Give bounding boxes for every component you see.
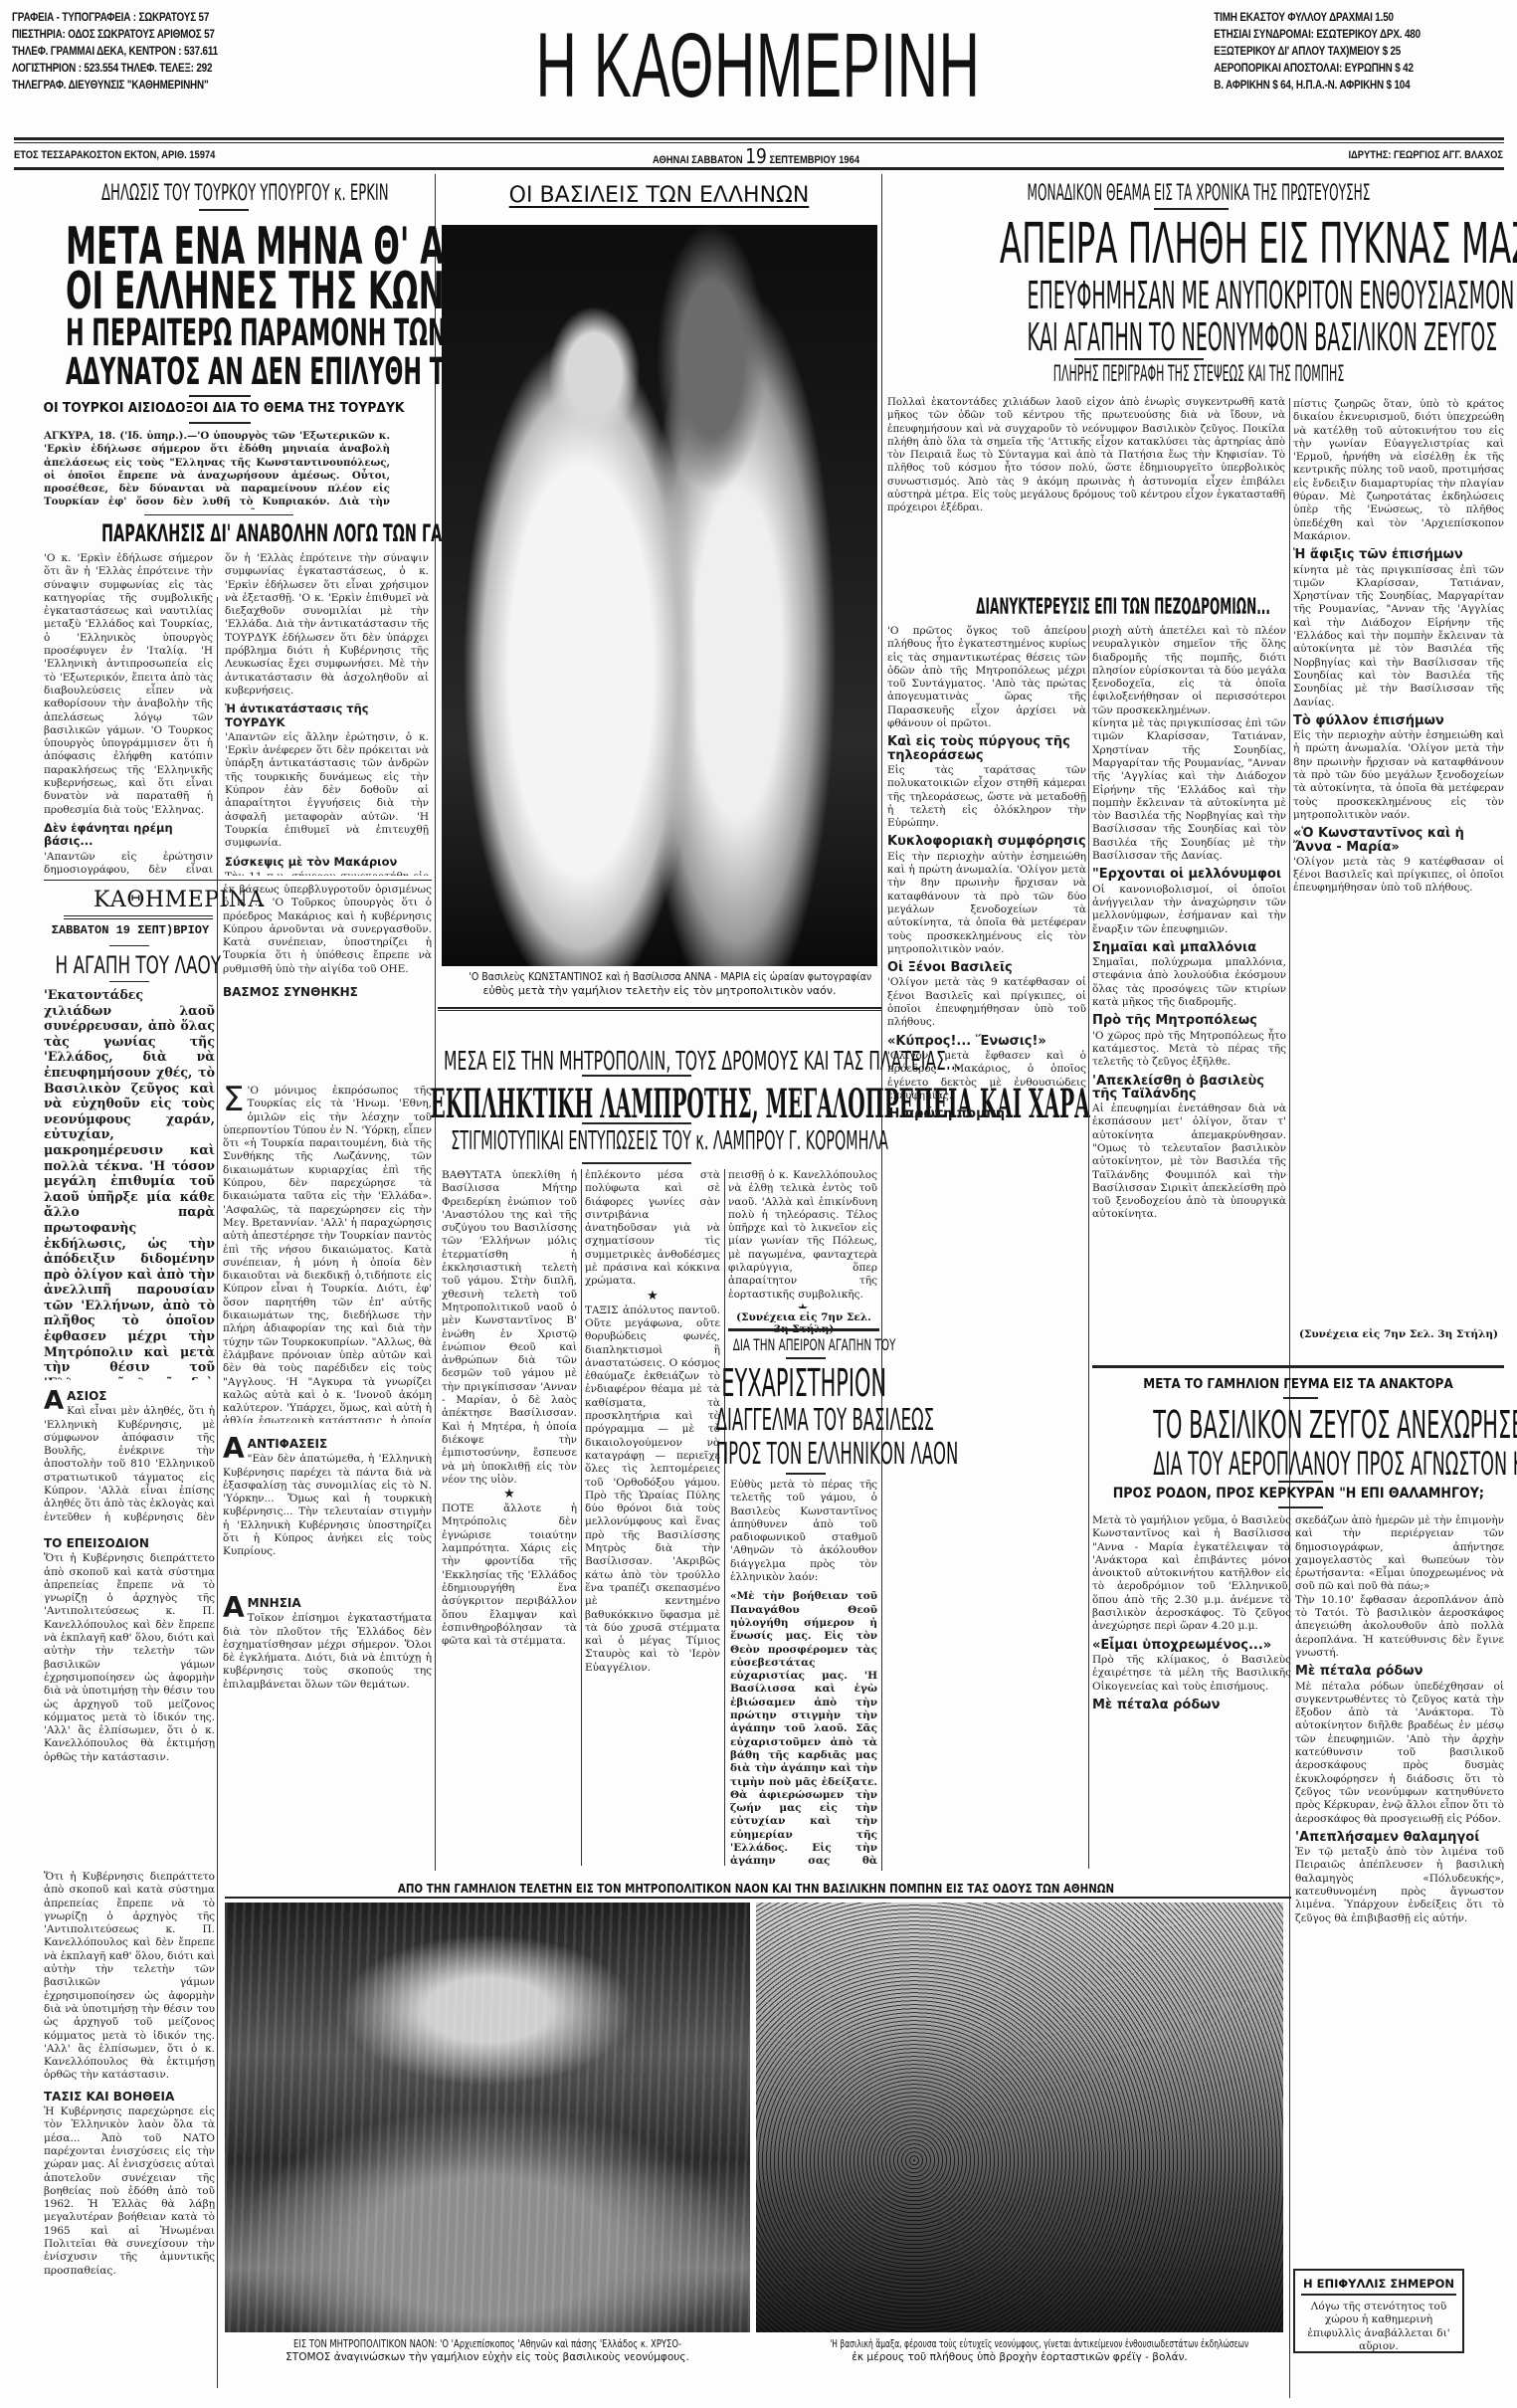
edition-number: ΕΤΟΣ ΤΕΣΣΑΡΑΚΟΣΤΟΝ ΕΚΤΟΝ, ΑΡΙΘ. 15974 — [14, 149, 215, 161]
paragraph: 'Ο χῶρος πρὸ τῆς Μητροπόλεως ἦτο κατάμεσ… — [1092, 1030, 1286, 1070]
rule — [109, 981, 149, 982]
paragraph: πίστις ζωηρῶς ὅταν, ὑπὸ τὸ κράτος δικαίο… — [1293, 398, 1504, 543]
editorial-masthead: ΚΑΘΗΜΕΡΙΝΑ — [94, 888, 213, 912]
star-separator: ★ — [442, 1487, 577, 1503]
continued-note: (Συνέχεια εἰς 7ην Σελ. 3η Στήλη) — [1293, 1328, 1504, 1340]
section-rule — [44, 880, 432, 881]
paragraph: Μετὰ τὸ γαμήλιον γεῦμα, ὁ Βασιλεὺς Κωνστ… — [1092, 1514, 1291, 1634]
rule — [786, 1473, 826, 1475]
paragraph: πεισθῇ ὁ κ. Κανελλόπουλος νὰ ἐλθῃ τελικὰ… — [728, 1169, 877, 1302]
paragraph: 'Ο κ. 'Ερκὶν ἐδήλωσε σήμερον ὅτι ἂν ἡ 'Ε… — [44, 552, 213, 817]
founder-line: ΙΔΡΥΤΗΣ: ΓΕΩΡΓΙΟΣ ΑΓΓ. ΒΛΑΧΟΣ — [1348, 149, 1503, 161]
rule — [582, 1122, 691, 1124]
brief-title: ΤΑΣΙΣ ΚΑΙ ΒΟΗΘΕΙΑ — [44, 2091, 215, 2104]
rule — [109, 945, 149, 946]
subheading: Οἱ Ξένοι Βασιλεῖς — [887, 961, 1086, 974]
date-prefix: ΑΘΗΝΑΙ ΣΑΒΒΑΤΟΝ — [653, 154, 743, 166]
subheading: Ἡ ἄφιξις τῶν ἐπισήμων — [1293, 548, 1504, 561]
rule — [189, 422, 251, 424]
subheading: Ἡ ἀντικατάστασις τῆς ΤΟΥΡΔΥΚ — [225, 702, 429, 729]
story-column: πίστις ζωηρῶς ὅταν, ὑπὸ τὸ κράτος δικαίο… — [1293, 398, 1504, 1323]
paragraph: Μὲ πέταλα ρόδων ὑπεδέχθησαν οἱ συγκεντρω… — [1295, 1681, 1504, 1826]
subheading: Τὸ φύλλον ἐπισήμων — [1293, 714, 1504, 727]
story-kicker: ΜΕΤΑ ΤΟ ΓΑΜΗΛΙΟΝ ΓΕΥΜΑ ΕΙΣ ΤΑ ΑΝΑΚΤΟΡΑ — [1109, 1377, 1488, 1392]
subdeck: ΠΛΗΡΗΣ ΠΕΡΙΓΡΑΦΗ ΤΗΣ ΣΤΕΨΕΩΣ ΚΑΙ ΤΗΣ ΠΟΜ… — [1043, 362, 1356, 387]
rule — [225, 1897, 1291, 1899]
editorial-headline: Η ΑΓΑΠΗ ΤΟΥ ΛΑΟΥ — [56, 951, 202, 979]
rule — [786, 1357, 826, 1359]
caption-line: εὐθὺς μετὰ τὴν γαμήλιον τελετὴν εἰς τὸν … — [438, 984, 881, 998]
price-info-line: ΑΕΡΟΠΟΡΙΚΑΙ ΑΠΟΣΤΟΛΑΙ: ΕΥΡΩΠΗΝ $ 42 — [1214, 61, 1509, 78]
feuilleton-notice-box: Η ΕΠΙΦΥΛΛΙΣ ΣΗΜΕΡΟΝ Λόγω τῆς στενότητος … — [1293, 2269, 1464, 2353]
royal-carriage-procession-photo — [756, 1903, 1283, 2332]
story-column: 'Ο πρῶτος ὄγκος τοῦ ἀπείρου πλήθους ἦτο … — [887, 625, 1086, 1321]
price-info-line: ΕΞΩΤΕΡΙΚΟΥ ΔΙ' ΑΠΛΟΥ ΤΑΧ)ΜΕΙΟΥ $ 25 — [1214, 44, 1509, 61]
story-kicker: ΜΕΣΑ ΕΙΣ ΤΗΝ ΜΗΤΡΟΠΟΛΙΝ, ΤΟΥΣ ΔΡΟΜΟΥΣ ΚΑ… — [444, 1047, 879, 1077]
subheading: Ἡ πρώτη πομπή — [887, 1107, 1086, 1120]
paragraph: Οἱ κανονιοβολισμοί, οἱ ὁποῖοι ἀνήγγειλαν… — [1092, 884, 1286, 936]
paragraph: 'Απαντῶν εἰς ἐρώτησιν δημοσιογράφου, δὲν… — [44, 851, 213, 876]
section-title: ΑΑΝΤΙΦΑΣΕΙΣ — [223, 1438, 432, 1451]
paragraph: 'Ολίγον μετὰ τὰς 9 κατέφθασαν οἱ ξένοι Β… — [887, 976, 1086, 1029]
rule — [582, 1162, 691, 1164]
issue-date: ΑΘΗΝΑΙ ΣΑΒΒΑΤΟΝ 19 ΣΕΠΤΕΜΒΡΙΟΥ 1964 — [587, 144, 925, 168]
rule — [1283, 1397, 1318, 1399]
story-column: πεισθῇ ὁ κ. Κανελλόπουλος νὰ ἐλθῃ τελικὰ… — [728, 1169, 877, 1308]
office-info-line: ΓΡΑΦΕΙΑ - ΤΥΠΟΓΡΑΦΕΙΑ : ΣΩΚΡΑΤΟΥΣ 57 — [12, 10, 320, 27]
paragraph: «Μὲ τὴν βοήθειαν τοῦ Παναγάθου Θεοῦ ηὐλο… — [730, 1590, 877, 1867]
commentary-text: ΑΜΝΗΣΙΑ Τοῖκον ἐπίσημοι ἐγκαταστήματα δι… — [223, 1592, 432, 1731]
rule — [1154, 208, 1229, 210]
continued-note: (Συνέχεια εἰς 7ην Σελ. 3η Στήλη) — [728, 1311, 879, 1335]
headline: ΑΠΕΙΡΑ ΠΛΗΘΗ ΕΙΣ ΠΥΚΝΑΣ ΜΑΖΑΣ — [1000, 215, 1398, 275]
brief-body: Ὅτι ἡ Κυβέρνησις διεπράττετο ἀπὸ σκοποῦ … — [44, 1871, 215, 2083]
story-kicker: ΔΙΑ ΤΗΝ ΑΠΕΙΡΟΝ ΑΓΑΠΗΝ ΤΟΥ — [733, 1335, 869, 1354]
paragraph: Ἐν τῷ μεταξὺ ἀπὸ τὸν λιμένα τοῦ Πειραιῶς… — [1295, 1846, 1504, 1925]
paragraph: Τὴν 10.10' ἔφθασαν ἀεροπλάνον ἀπὸ τὸ Τατ… — [1295, 1594, 1504, 1660]
photo-caption: ΕΙΣ ΤΟΝ ΜΗΤΡΟΠΟΛΙΤΙΚΟΝ ΝΑΟΝ: 'Ο 'Αρχιεπί… — [225, 2338, 750, 2364]
office-info-line: ΤΗΛΕΓΡΑΦ. ΔΙΕΥΘΥΝΣΙΣ "ΚΑΘΗΜΕΡΙΝΗΝ" — [12, 78, 320, 95]
subheading: «Κύπρος!... Ἕνωσις!» — [887, 1035, 1086, 1048]
cathedral-ceremony-photo — [225, 1903, 750, 2332]
paragraph: ριοχὴ αὐτὴ ἀπετέλει καὶ τὸ πλέον νευραλγ… — [1092, 625, 1286, 717]
subheading: Πρὸ τῆς Μητροπόλεως — [1092, 1014, 1286, 1027]
deck: Η ΠΕΡΑΙΤΕΡΩ ΠΑΡΑΜΟΝΗ ΤΩΝ ΚΑΘΙΣΤΑΤΑΙ — [66, 313, 382, 353]
section-heading: ΠΑΡΑΚΛΗΣΙΣ ΔΙ' ΑΝΑΒΟΛΗΝ ΛΟΓΩ ΤΩΝ ΓΑΜΩΝ — [101, 519, 346, 547]
rule — [189, 395, 251, 397]
deck: ΚΑΙ ΑΓΑΠΗΝ ΤΟ ΝΕΟΝΥΜΦΟΝ ΒΑΣΙΛΙΚΟΝ ΖΕΥΓΟΣ — [1028, 316, 1371, 358]
story-kicker: ΔΗΛΩΣΙΣ ΤΟΥ ΤΟΥΡΚΟΥ ΥΠΟΥΡΓΟΥ κ. ΕΡΚΙΝ — [101, 181, 346, 206]
section-title: ΒΑΣΜΟΣ ΣΥΝΘΗΚΗΣ — [223, 986, 432, 999]
rule — [582, 1075, 691, 1077]
notice-title: Η ΕΠΙΦΥΛΛΙΣ ΣΗΜΕΡΟΝ — [1301, 2277, 1456, 2296]
paragraph: ἐκ βάσεως ὑπερβλυγροτοῦν ὁρισμένως ὁ κ. … — [223, 884, 432, 976]
subheading: Σύσκεψις μὲ τὸν Μακάριον — [225, 856, 429, 869]
editorial-brief: ΤΟ ΕΠΕΙΣΟΔΙΟΝ Ὅτι ἡ Κυβέρνησις διεπράττε… — [44, 1532, 215, 1871]
photo-caption: 'Η βασιλικὴ ἅμαξα, φέρουσα τοὺς εὐτυχεῖς… — [756, 2338, 1283, 2364]
caption-line: ΣΤΟΜΟΣ ἀναγινώσκων τὴν γαμήλιον εὐχὴν εἰ… — [225, 2351, 750, 2364]
office-info-line: ΛΟΓΙΣΤΗΡΙΟΝ : 523.554 ΤΗΛΕΦ. ΤΕΛΕΞ: 292 — [12, 61, 320, 78]
price-info-line: ΕΤΗΣΙΑΙ ΣΥΝΔΡΟΜΑΙ: ΕΣΩΤΕΡΙΚΟΥ ΔΡΧ. 480 — [1214, 27, 1509, 44]
headline: ΤΟ ΒΑΣΙΛΙΚΟΝ ΖΕΥΓΟΣ ΑΝΕΧΩΡΗΣΕ ΤΗΝ 4.30 — [1153, 1403, 1443, 1447]
paragraph: Εἰς τὴν περιοχὴν αὐτὴν ἐσημειώθη καὶ ἡ π… — [1293, 729, 1504, 822]
story-column: 'Ο κ. 'Ερκὶν ἐδήλωσε σήμερον ὅτι ἂν ἡ 'Ε… — [44, 552, 213, 876]
rule — [64, 915, 213, 919]
story-column: Μετὰ τὸ γαμήλιον γεῦμα, ὁ Βασιλεὺς Κωνστ… — [1092, 1514, 1291, 1873]
column-divider — [581, 1169, 582, 1866]
brief-body: Καὶ εἶναι μὲν ἀληθές, ὅτι ἡ 'Ελληνικὴ Κυ… — [44, 1405, 215, 1524]
newspaper-title: Η ΚΑΘΗΜΕΡΙΝΗ — [511, 20, 1005, 111]
brief-title: ΤΟ ΕΠΕΙΣΟΔΙΟΝ — [44, 1537, 215, 1550]
story-column: ΒΑΘΥΤΑΤΑ ὑπεκλίθη ἡ Βασίλισσα Μήτηρ Φρει… — [442, 1169, 577, 1871]
office-info-line: ΠΙΕΣΤΗΡΙΑ: ΟΔΟΣ ΣΩΚΡΑΤΟΥΣ ΑΡΙΘΜΟΣ 57 — [12, 27, 320, 44]
subdeck: ΟΙ ΤΟΥΡΚΟΙ ΑΙΣΙΟΔΟΞΟΙ ΔΙΑ ΤΟ ΘΕΜΑ ΤΗΣ ΤΟ… — [30, 401, 418, 416]
column-divider — [724, 1169, 725, 1866]
headline: ΕΥΧΑΡΙΣΤΗΡΙΟΝ — [721, 1361, 880, 1405]
brief-body: Ὅτι ἡ Κυβέρνησις διεπράττετο ἀπὸ σκοποῦ … — [44, 1552, 215, 1764]
star-separator: ★ — [728, 1302, 877, 1308]
subheading: Καὶ εἰς τοὺς πύργους τῆς τηλεοράσεως — [887, 735, 1086, 762]
paragraph: Τὴν 11 π.μ. σήμερον συνεκροτήθη εἰς τὸ Π… — [225, 871, 429, 876]
paragraph: 'Απαντῶν εἰς ἄλλην ἐρώτησιν, ὁ κ. 'Ερκὶν… — [225, 731, 429, 851]
commentary-text: ΑΑΝΤΙΦΑΣΕΙΣ "Εὰν δὲν ἀπατώμεθα, ἡ 'Ελλην… — [223, 1433, 432, 1582]
masthead-office-info: ΓΡΑΦΕΙΑ - ΤΥΠΟΓΡΑΦΕΙΑ : ΣΩΚΡΑΤΟΥΣ 57 ΠΙΕ… — [12, 10, 320, 95]
paragraph: Εἰς τὴν περιοχὴν αὐτὴν ἐσημειώθη καὶ ἡ π… — [887, 851, 1086, 956]
paragraph: Τοῖκον ἐπίσημοι ἐγκαταστήματα διὰ τὸν πλ… — [223, 1612, 432, 1692]
office-info-line: ΤΗΛΕΦ. ΓΡΑΜΜΑΙ ΔΕΚΑ, ΚΕΝΤΡΟΝ : 537.611 — [12, 44, 320, 61]
story-column: σκεδάζων ἀπὸ ἡμερῶν μὲ τὴν ἐπιμονὴν καὶ … — [1295, 1514, 1504, 2261]
rule — [728, 1328, 879, 1331]
caption-line: 'Η βασιλικὴ ἅμαξα, φέρουσα τοὺς εὐτυχεῖς… — [830, 2338, 1210, 2351]
brief-body: Ἡ Κυβέρνησις παρεχώρησε εἰς τὸν Ἑλληνικὸ… — [44, 2106, 215, 2278]
column-divider — [435, 174, 436, 1871]
paragraph: ὅν ἡ 'Ελλὰς ἐπρότεινε τὴν σύναψιν συμφων… — [225, 552, 429, 698]
section-heading: ΔΙΑΝΥΚΤΕΡΕΥΣΙΣ ΕΠΙ ΤΩΝ ΠΕΖΟΔΡΟΜΙΩΝ... — [976, 595, 1198, 620]
paragraph: 'Ολίγον μετὰ τὰς 9 κατέφθασαν οἱ ξένοι Β… — [1293, 856, 1504, 896]
byline: ΣΤΙΓΜΙΟΤΥΠΙΚΑΙ ΕΝΤΥΠΩΣΕΙΣ ΤΟΥ κ. ΛΑΜΠΡΟΥ… — [451, 1126, 872, 1156]
editorial-brief: Ὅτι ἡ Κυβέρνησις διεπράττετο ἀπὸ σκοποῦ … — [44, 1871, 215, 2289]
rule — [438, 1007, 881, 1011]
commentary-text: Σ 'Ο μόνιμος ἐκπρόσωπος τῆς Τουρκίας εἰς… — [223, 1085, 432, 1423]
rule — [1074, 358, 1204, 360]
paragraph: ἐπλέκοντο μέσα στὰ πολύφωτα καὶ σὲ διάφο… — [585, 1169, 720, 1289]
column-divider — [1088, 625, 1089, 1869]
masthead-price-info: ΤΙΜΗ ΕΚΑΣΤΟΥ ΦΥΛΛΟΥ ΔΡΑΧΜΑΙ 1.50 ΕΤΗΣΙΑΙ… — [1214, 10, 1509, 95]
masthead-rule — [14, 137, 1504, 143]
commentary-text: ἐκ βάσεως ὑπερβλυγροτοῦν ὁρισμένως ὁ κ. … — [223, 884, 432, 1073]
story-column: ὅν ἡ 'Ελλὰς ἐπρότεινε τὴν σύναψιν συμφων… — [225, 552, 429, 876]
subheading: «Ὁ Κωνσταντῖνος καὶ ἡ Ἄννα - Μαρία» — [1293, 827, 1504, 854]
story-lead: ΑΓΚΥΡΑ, 18. ('Ιδ. ὑπηρ.).—'Ο ὑπουργὸς τῶ… — [44, 430, 390, 509]
subheading: Μὲ πέταλα ρόδων — [1295, 1665, 1504, 1678]
paragraph: Εἰς τὰς ταράτσας τῶν πολυκατοικιῶν εἶχον… — [887, 764, 1086, 830]
price-info-line: Β. ΑΦΡΙΚΗΝ $ 64, Η.Π.Α.-Ν. ΑΦΡΙΚΗΝ $ 104 — [1214, 78, 1509, 95]
rule — [1092, 1365, 1504, 1368]
photo-strip-heading: ΑΠΟ ΤΗΝ ΓΑΜΗΛΙΟΝ ΤΕΛΕΤΗΝ ΕΙΣ ΤΟΝ ΜΗΤΡΟΠΟ… — [307, 1881, 1205, 1896]
subheading: Μὲ πέταλα ρόδων — [1092, 1699, 1291, 1711]
star-separator: ★ — [585, 1289, 720, 1304]
rule — [144, 514, 293, 515]
column-divider — [881, 174, 882, 1871]
subheading: «Εἶμαι ὑποχρεωμένος...» — [1092, 1639, 1291, 1652]
message-body: Εὐθὺς μετὰ τὸ πέρας τῆς τελετῆς τοῦ γάμο… — [730, 1479, 877, 1867]
photo-caption: 'Ο Βασιλεὺς ΚΩΝΣΤΑΝΤΙΝΟΣ καὶ ἡ Βασίλισσα… — [438, 970, 881, 998]
paragraph: ΠΟΤΕ ἄλλοτε ἡ Μητρόπολις δὲν ἐγνώρισε το… — [442, 1503, 577, 1648]
story-lead: Πολλαὶ ἑκατοντάδες χιλιάδων λαοῦ εἶχον ἀ… — [887, 396, 1285, 590]
editorial-body: 'Εκατοντάδες χιλιάδων λαοῦ συνέρρευσαν, … — [44, 987, 215, 1380]
headline: ΔΙΑΓΓΕΛΜΑ ΤΟΥ ΒΑΣΙΛΕΩΣ — [716, 1403, 886, 1438]
caption-line: ἐκ μέρους τοῦ πλήθους ὑπὸ βροχὴν ἑορταστ… — [756, 2351, 1283, 2364]
date-day: 19 — [745, 144, 767, 168]
date-suffix: ΣΕΠΤΕΜΒΡΙΟΥ 1964 — [769, 154, 859, 166]
paragraph: Εὐθὺς μετὰ τὸ πέρας τῆς τελετῆς τοῦ γάμο… — [730, 1479, 877, 1584]
royal-couple-photo — [442, 225, 877, 966]
subheading: Κυκλοφοριακὴ συμφόρησις — [887, 835, 1086, 848]
editorial-brief: ΑΑΣΙΟΣ Καὶ εἶναι μὲν ἀληθές, ὅτι ἡ 'Ελλη… — [44, 1385, 215, 1524]
rule — [1278, 1506, 1323, 1508]
headline: ΔΙΑ ΤΟΥ ΑΕΡΟΠΛΑΝΟΥ ΠΡΟΣ ΑΓΝΩΣΤΟΝ ΚΑΤΕΥΘΥ… — [1153, 1445, 1443, 1483]
deck: ΠΡΟΣ ΡΟΔΟΝ, ΠΡΟΣ ΚΕΡΚΥΡΑΝ "Η ΕΠΙ ΘΑΛΑΜΗΓ… — [1113, 1486, 1484, 1502]
deck: ΕΠΕΥΦΗΜΗΣΑΝ ΜΕ ΑΝΥΠΟΚΡΙΤΟΝ ΕΝΘΟΥΣΙΑΣΜΟΝ — [1028, 275, 1371, 316]
story-kicker: ΜΟΝΑΔΙΚΟΝ ΘΕΑΜΑ ΕΙΣ ΤΑ ΧΡΟΝΙΚΑ ΤΗΣ ΠΡΩΤΕ… — [1027, 181, 1372, 206]
price-info-line: ΤΙΜΗ ΕΚΑΣΤΟΥ ΦΥΛΛΟΥ ΔΡΑΧΜΑΙ 1.50 — [1214, 10, 1509, 27]
dropcap: Σ — [223, 1085, 244, 1114]
subheading: "Ερχονται οἱ μελλόνυμφοι — [1092, 868, 1286, 881]
paragraph: ΒΑΘΥΤΑΤΑ ὑπεκλίθη ἡ Βασίλισσα Μήτηρ Φρει… — [442, 1169, 577, 1487]
paragraph: ΤΑΞΙΣ ἀπόλυτος παντοῦ. Οὔτε μεγάφωνα, οὔ… — [585, 1304, 720, 1675]
paragraph: σκεδάζων ἀπὸ ἡμερῶν μὲ τὴν ἐπιμονὴν καὶ … — [1295, 1514, 1504, 1594]
paragraph: 'Ο μόνιμος ἐκπρόσωπος τῆς Τουρκίας εἰς τ… — [223, 1085, 432, 1423]
subheading: Δὲν ἐφάνηται ηρέμη βάσις... — [44, 822, 213, 849]
notice-body: Λόγω τῆς στενότητος τοῦ χώρου ἡ καθημερι… — [1301, 2301, 1456, 2353]
paragraph: "Εὰν δὲν ἀπατώμεθα, ἡ 'Ελληνικὴ Κυβέρνησ… — [223, 1453, 432, 1558]
headline: ΠΡΟΣ ΤΟΝ ΕΛΛΗΝΙΚΟΝ ΛΑΟΝ — [716, 1437, 886, 1472]
section-title: ΑΜΝΗΣΙΑ — [223, 1597, 432, 1610]
paragraph: κίνητα μὲ τὰς πριγκιπίσσας ἐπὶ τῶν τιμῶν… — [1092, 717, 1286, 863]
paragraph: κίνητα μὲ τὰς πριγκιπίσσας ἐπὶ τῶν τιμῶν… — [1293, 564, 1504, 709]
headline: ΕΚΠΛΗΚΤΙΚΗ ΛΑΜΠΡΟΤΗΣ, ΜΕΓΑΛΟΠΡΕΠΕΙΑ ΚΑΙ … — [431, 1081, 893, 1127]
caption-line: 'Ο Βασιλεὺς ΚΩΝΣΤΑΝΤΙΝΟΣ καὶ ἡ Βασίλισσα… — [469, 970, 851, 984]
rule — [1278, 1481, 1323, 1483]
brief-title: ΑΑΣΙΟΣ — [44, 1390, 215, 1403]
caption-line: ΕΙΣ ΤΟΝ ΜΗΤΡΟΠΟΛΙΤΙΚΟΝ ΝΑΟΝ: 'Ο 'Αρχιεπί… — [278, 2338, 697, 2351]
subheading: Σημαῖαι καὶ μπαλλόνια — [1092, 941, 1286, 954]
story-column: ἐπλέκοντο μέσα στὰ πολύφωτα καὶ σὲ διάφο… — [585, 1169, 720, 1871]
column-divider — [217, 597, 218, 2388]
subheading: 'Απεκλείσθη ὁ βασιλεὺς τῆς Ταϊλάνδης — [1092, 1075, 1286, 1102]
rule — [199, 209, 249, 211]
paragraph: 'Ο πρῶτος ὄγκος τοῦ ἀπείρου πλήθους ἦτο … — [887, 625, 1086, 730]
dateline-rule — [14, 167, 1504, 170]
paragraph: Πρὸ τῆς κλίμακος, ὁ Βασιλεὺς ἐχαιρέτησε … — [1092, 1654, 1291, 1694]
paragraph: Σημαῖαι, πολύχρωμα μπαλλόνια, στεφάνια ἀ… — [1092, 956, 1286, 1009]
deck: ΑΔΥΝΑΤΟΣ ΑΝ ΔΕΝ ΕΠΙΛΥΘΗ ΤΟ ΚΥΠΡΙΑΚΟΝ — [66, 352, 382, 392]
editorial-date: ΣΑΒΒΑΤΟΝ 19 ΣΕΠΤ)ΒΡΙΟΥ — [44, 923, 217, 937]
section-kicker: ΟΙ ΒΑΣΙΛΕΙΣ ΤΩΝ ΕΛΛΗΝΩΝ — [438, 183, 880, 208]
subheading: 'Απεπλήσαμεν θαλαμηγοί — [1295, 1831, 1504, 1844]
paragraph: Αἱ ἐπευφημίαι ἐνετάθησαν διὰ νὰ ἐκσπάσου… — [1092, 1103, 1286, 1222]
paragraph: 'Ολίγον μετὰ ἔφθασεν καὶ ὁ πρόεδρος Μακά… — [887, 1050, 1086, 1103]
